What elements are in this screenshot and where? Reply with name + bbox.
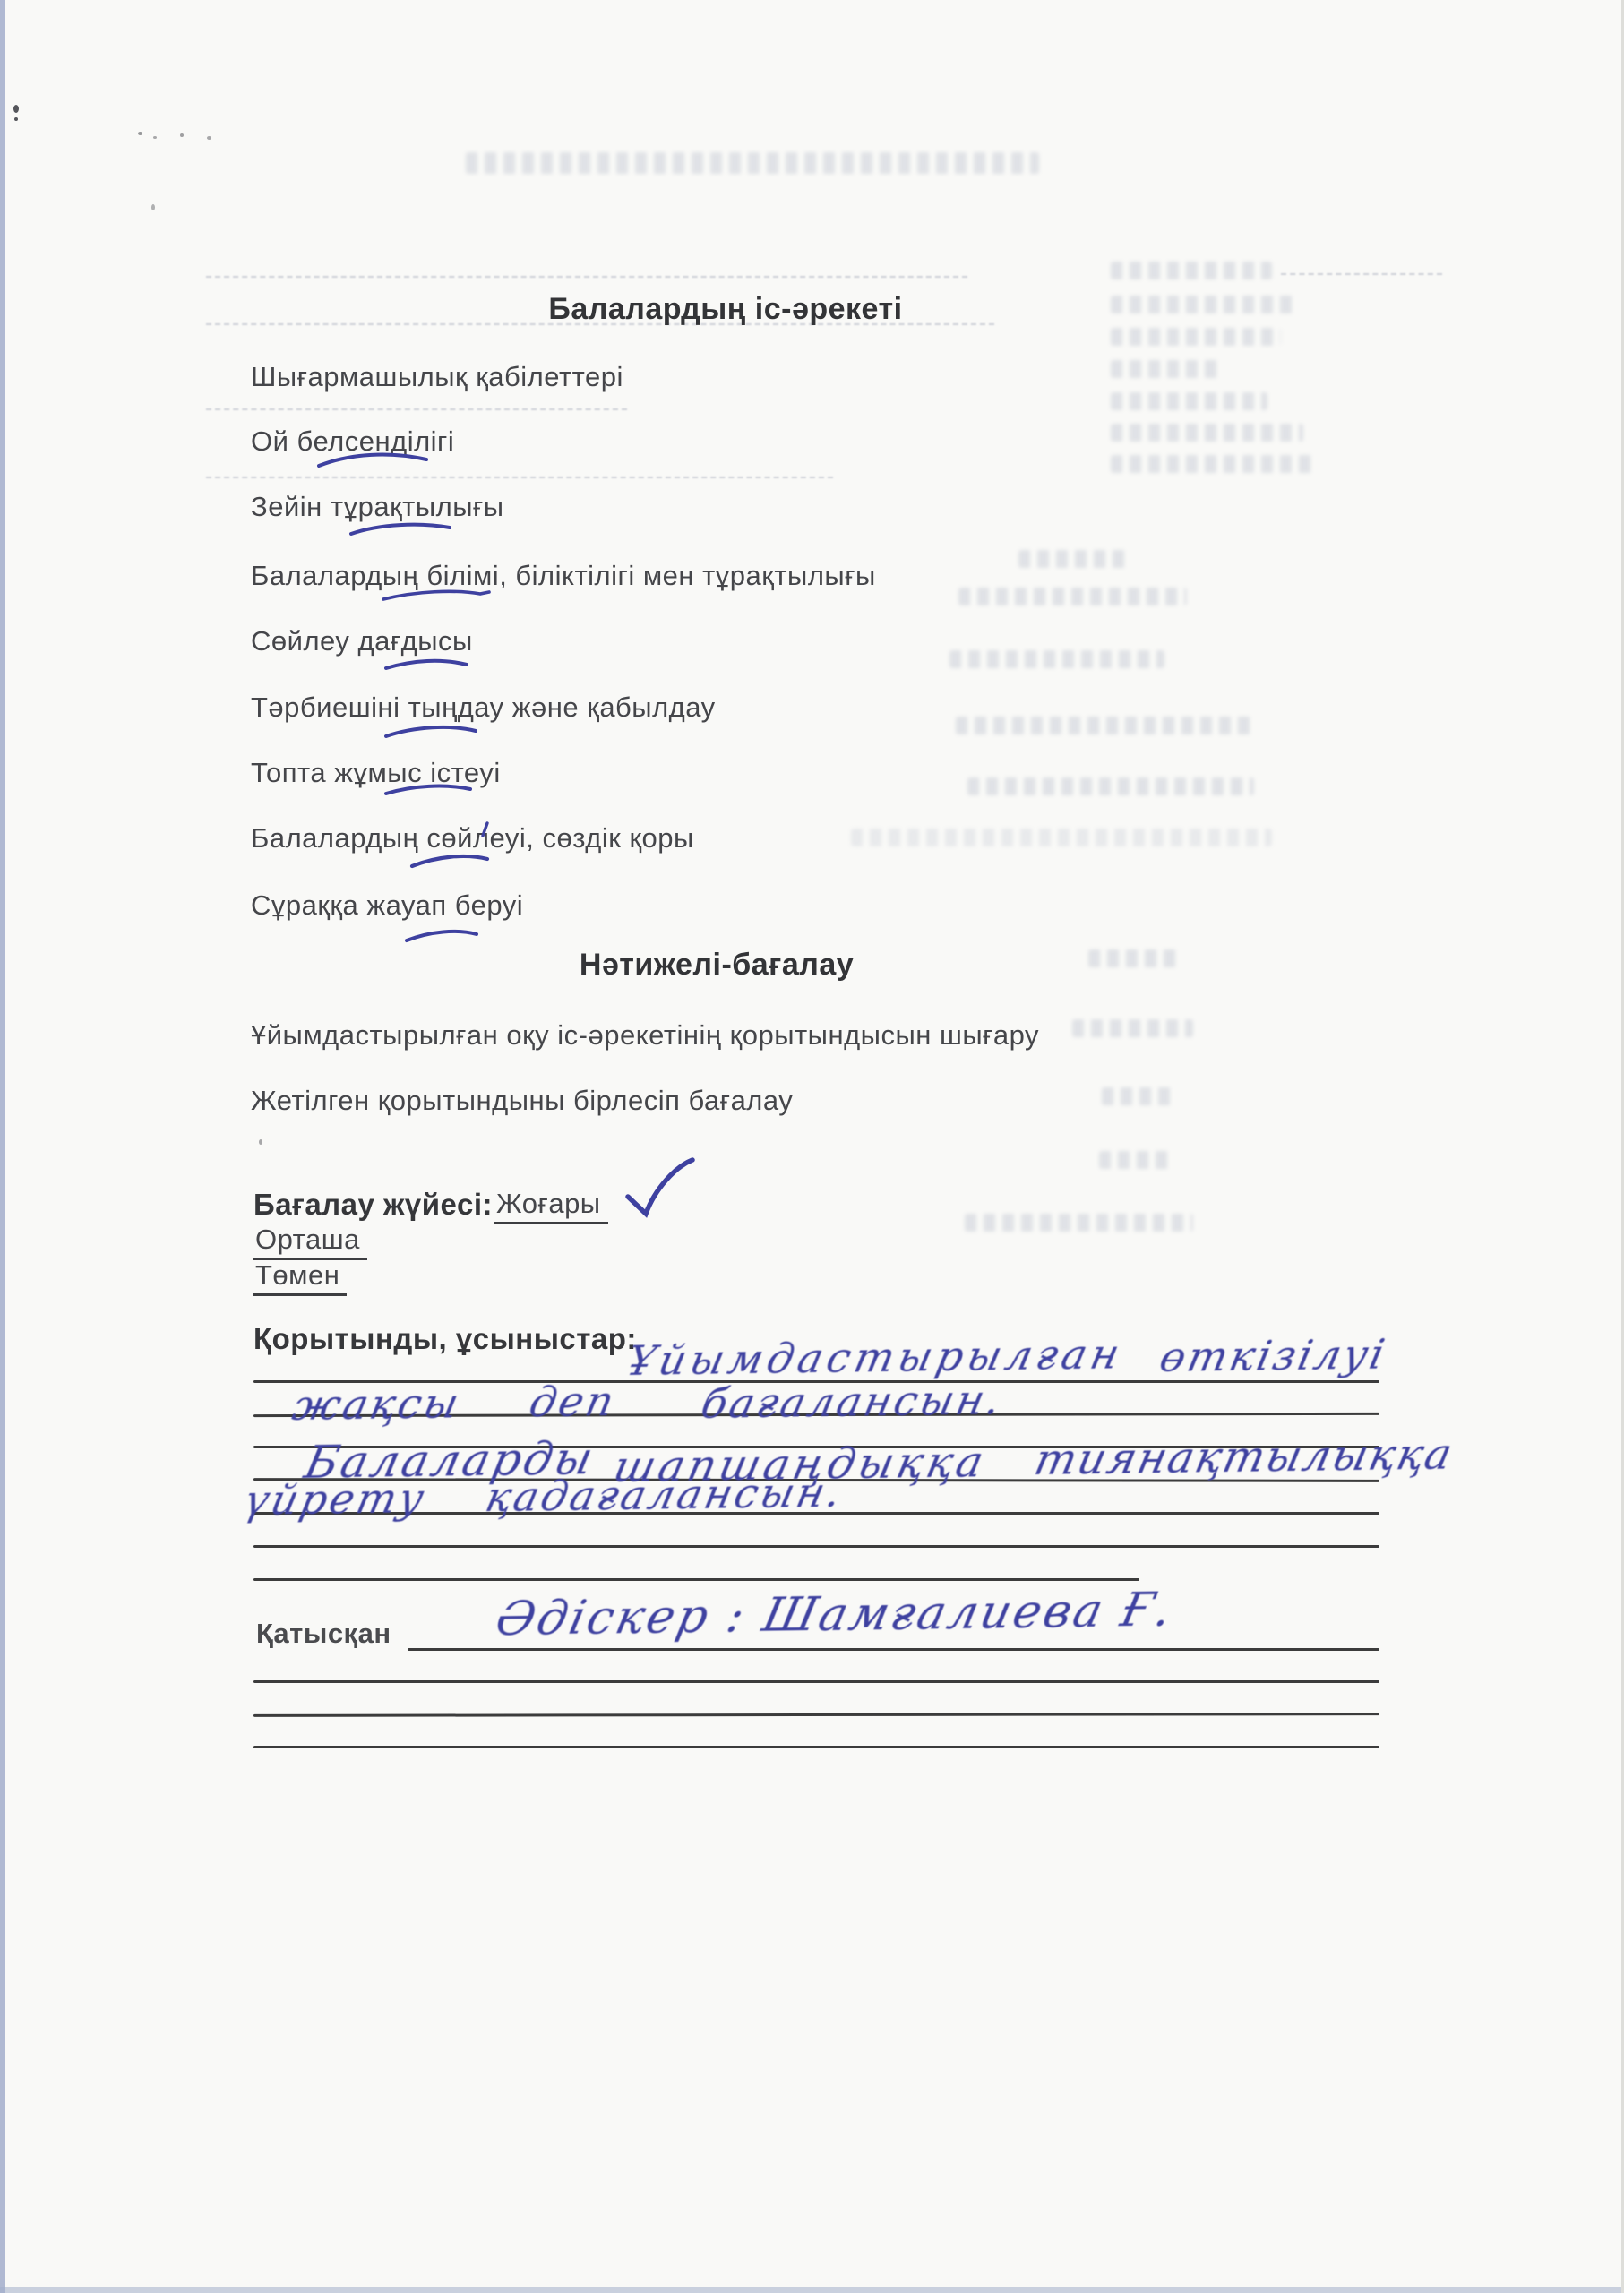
bleedthrough-smudge (1111, 360, 1218, 378)
signature-line (408, 1648, 1379, 1651)
handwriting-conclusion: тиянақтылыққа (1030, 1430, 1458, 1485)
bleedthrough-smudge (958, 588, 1187, 605)
rating-option-medium: Орташа (253, 1224, 367, 1260)
results-heading: Нәтижелі-бағалау (502, 948, 932, 983)
scan-edge-bottom (0, 2287, 1624, 2293)
pen-underline-mark (315, 451, 430, 472)
bleedthrough-smudge (1111, 455, 1312, 473)
handwriting-signature: Әдіскер : Шамғалиева Ғ. (491, 1583, 1179, 1646)
handwriting-conclusion: өткізілуі (1156, 1330, 1391, 1381)
pen-underline-mark (382, 782, 476, 802)
rating-option-low: Төмен (253, 1259, 347, 1296)
handwriting-conclusion: үйрету қадағалансын. (240, 1468, 848, 1524)
bleedthrough-smudge (1111, 296, 1294, 313)
activity-item: Балалардың білімі, біліктілігі мен тұрақ… (251, 560, 876, 592)
ink-speck (151, 204, 155, 210)
bleedthrough-smudge (1102, 1087, 1173, 1105)
bleedthrough-smudge (851, 829, 1272, 846)
bleedthrough-line (1281, 273, 1442, 275)
pen-underline-mark (408, 852, 493, 873)
bleedthrough-smudge (965, 1214, 1193, 1232)
bleedthrough-smudge (1111, 328, 1281, 346)
ruled-line (253, 1680, 1379, 1683)
scan-edge-left (0, 0, 5, 2293)
bleedthrough-smudge (1111, 392, 1267, 410)
pen-underline-mark (403, 927, 482, 947)
check-mark-icon (623, 1157, 698, 1220)
bleedthrough-smudge (1088, 949, 1182, 967)
ink-speck (138, 132, 142, 135)
pen-underline-mark (382, 657, 472, 676)
pen-underline-mark (382, 723, 481, 743)
pen-tick-mark (478, 820, 493, 840)
results-item: Жетілген қорытындыны бірлесіп бағалау (251, 1085, 793, 1117)
bleedthrough-smudge (949, 650, 1164, 668)
ink-speck (14, 117, 18, 121)
bleedthrough-smudge (1111, 424, 1303, 442)
activity-item: Тәрбиешіні тыңдау және қабылдау (251, 691, 716, 724)
bleedthrough-line (206, 408, 627, 410)
bleedthrough-smudge (1111, 262, 1272, 279)
results-item: Ұйымдастырылған оқу іс-әрекетінің қорыты… (251, 1019, 1039, 1052)
ruled-line (253, 1713, 1379, 1717)
ink-speck (180, 133, 184, 137)
conclusion-label: Қорытынды, ұсыныстар: (253, 1322, 637, 1356)
pen-underline-mark (380, 588, 493, 607)
ruled-line (253, 1578, 1139, 1581)
participant-label: Қатысқан (256, 1618, 391, 1650)
ink-speck (259, 1139, 262, 1145)
ink-speck (153, 136, 157, 139)
bleedthrough-smudge (1018, 550, 1130, 568)
page-title: Балалардың іс-әрекеті (477, 292, 975, 327)
rating-label: Бағалау жүйесі: (253, 1188, 493, 1222)
activity-item: Шығармашылық қабілеттері (251, 361, 623, 393)
activity-item: Балалардың сөйлеуі, сөздік қоры (251, 822, 694, 855)
ruled-line (253, 1545, 1379, 1548)
bleedthrough-smudge (1072, 1019, 1193, 1037)
ink-speck (13, 105, 19, 113)
bleedthrough-smudge (956, 717, 1251, 734)
activity-item: Сөйлеу дағдысы (251, 625, 473, 657)
scanned-document-page: Балалардың іс-әрекеті Шығармашылық қабіл… (0, 0, 1624, 2293)
bleedthrough-line (206, 477, 833, 478)
bleedthrough-smudge (1099, 1151, 1171, 1169)
rating-option-high: Жоғары (494, 1188, 608, 1224)
ruled-line (253, 1746, 1379, 1748)
ink-speck (207, 136, 211, 140)
handwriting-conclusion: жақсы деп (288, 1377, 621, 1430)
activity-item: Сұраққа жауап беруі (251, 889, 523, 922)
pen-underline-mark (348, 520, 453, 540)
handwriting-conclusion: бағалансын. (697, 1375, 1008, 1428)
bleedthrough-smudge (967, 777, 1254, 795)
bleedthrough-line (206, 276, 967, 278)
bleedthrough-smudge (466, 152, 1039, 174)
activity-item: Зейін тұрақтылығы (251, 491, 504, 523)
